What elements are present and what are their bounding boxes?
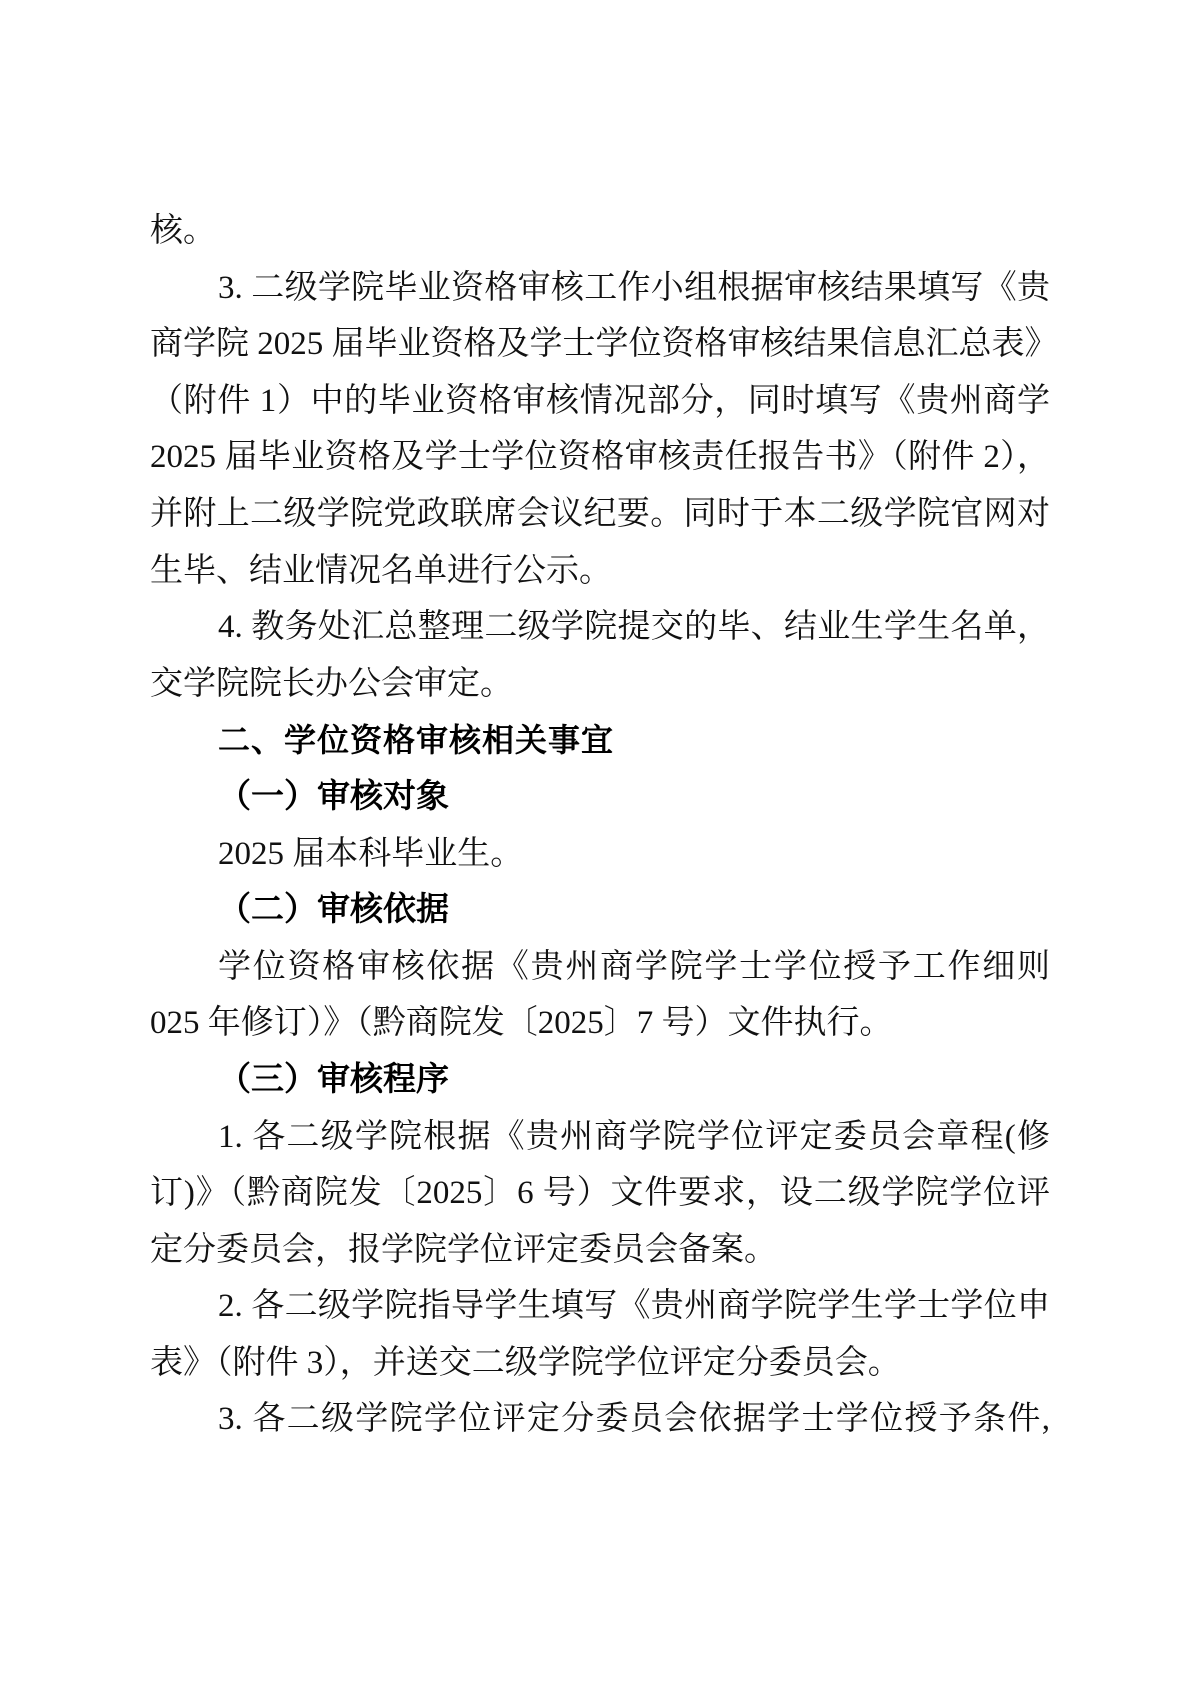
text-line-2: 3. 二级学院毕业资格审核工作小组根据审核结果填写《贵州 — [150, 260, 1050, 317]
text-line-15: 025 年修订）》（黔商院发〔2025〕7 号）文件执行。 — [150, 995, 1050, 1052]
text-line-12: 2025 届本科毕业生。 — [150, 826, 1050, 883]
text-line-10: 二、学位资格审核相关事宜 — [150, 712, 1050, 769]
text-line-11: （一）审核对象 — [150, 769, 1050, 826]
text-line-6: 并附上二级学院党政联席会议纪要。同时于本二级学院官网对学 — [150, 486, 1050, 543]
text-line-4: （附件 1）中的毕业资格审核情况部分，同时填写《贵州商学院 — [150, 373, 1050, 430]
text-line-18: 订)》（黔商院发〔2025〕6 号）文件要求，设二级学院学位评 — [150, 1165, 1050, 1222]
text-line-13: （二）审核依据 — [150, 882, 1050, 939]
text-line-22: 3. 各二级学院学位评定分委员会依据学士学位授予条件,对 — [150, 1391, 1050, 1448]
text-line-20: 2. 各二级学院指导学生填写《贵州商学院学生学士学位申请 — [150, 1278, 1050, 1335]
text-line-3: 商学院 2025 届毕业资格及学士学位资格审核结果信息汇总表》 — [150, 316, 1050, 373]
document-page: 核。3. 二级学院毕业资格审核工作小组根据审核结果填写《贵州商学院 2025 届… — [0, 0, 1190, 1683]
text-line-16: （三）审核程序 — [150, 1052, 1050, 1109]
text-line-14: 学位资格审核依据《贵州商学院学士学位授予工作细则（2 — [150, 939, 1050, 996]
text-line-21: 表》（附件 3），并送交二级学院学位评定分委员会。 — [150, 1335, 1050, 1392]
text-line-8: 4. 教务处汇总整理二级学院提交的毕、结业生学生名单，提 — [150, 599, 1050, 656]
text-line-5: 2025 届毕业资格及学士学位资格审核责任报告书》（附件 2）， — [150, 429, 1050, 486]
text-line-9: 交学院院长办公会审定。 — [150, 656, 1050, 713]
text-line-1: 核。 — [150, 203, 1050, 260]
text-line-7: 生毕、结业情况名单进行公示。 — [150, 543, 1050, 600]
document-text-block: 核。3. 二级学院毕业资格审核工作小组根据审核结果填写《贵州商学院 2025 届… — [150, 203, 1050, 1448]
text-line-19: 定分委员会，报学院学位评定委员会备案。 — [150, 1222, 1050, 1279]
text-line-17: 1. 各二级学院根据《贵州商学院学位评定委员会章程(修 — [150, 1109, 1050, 1166]
